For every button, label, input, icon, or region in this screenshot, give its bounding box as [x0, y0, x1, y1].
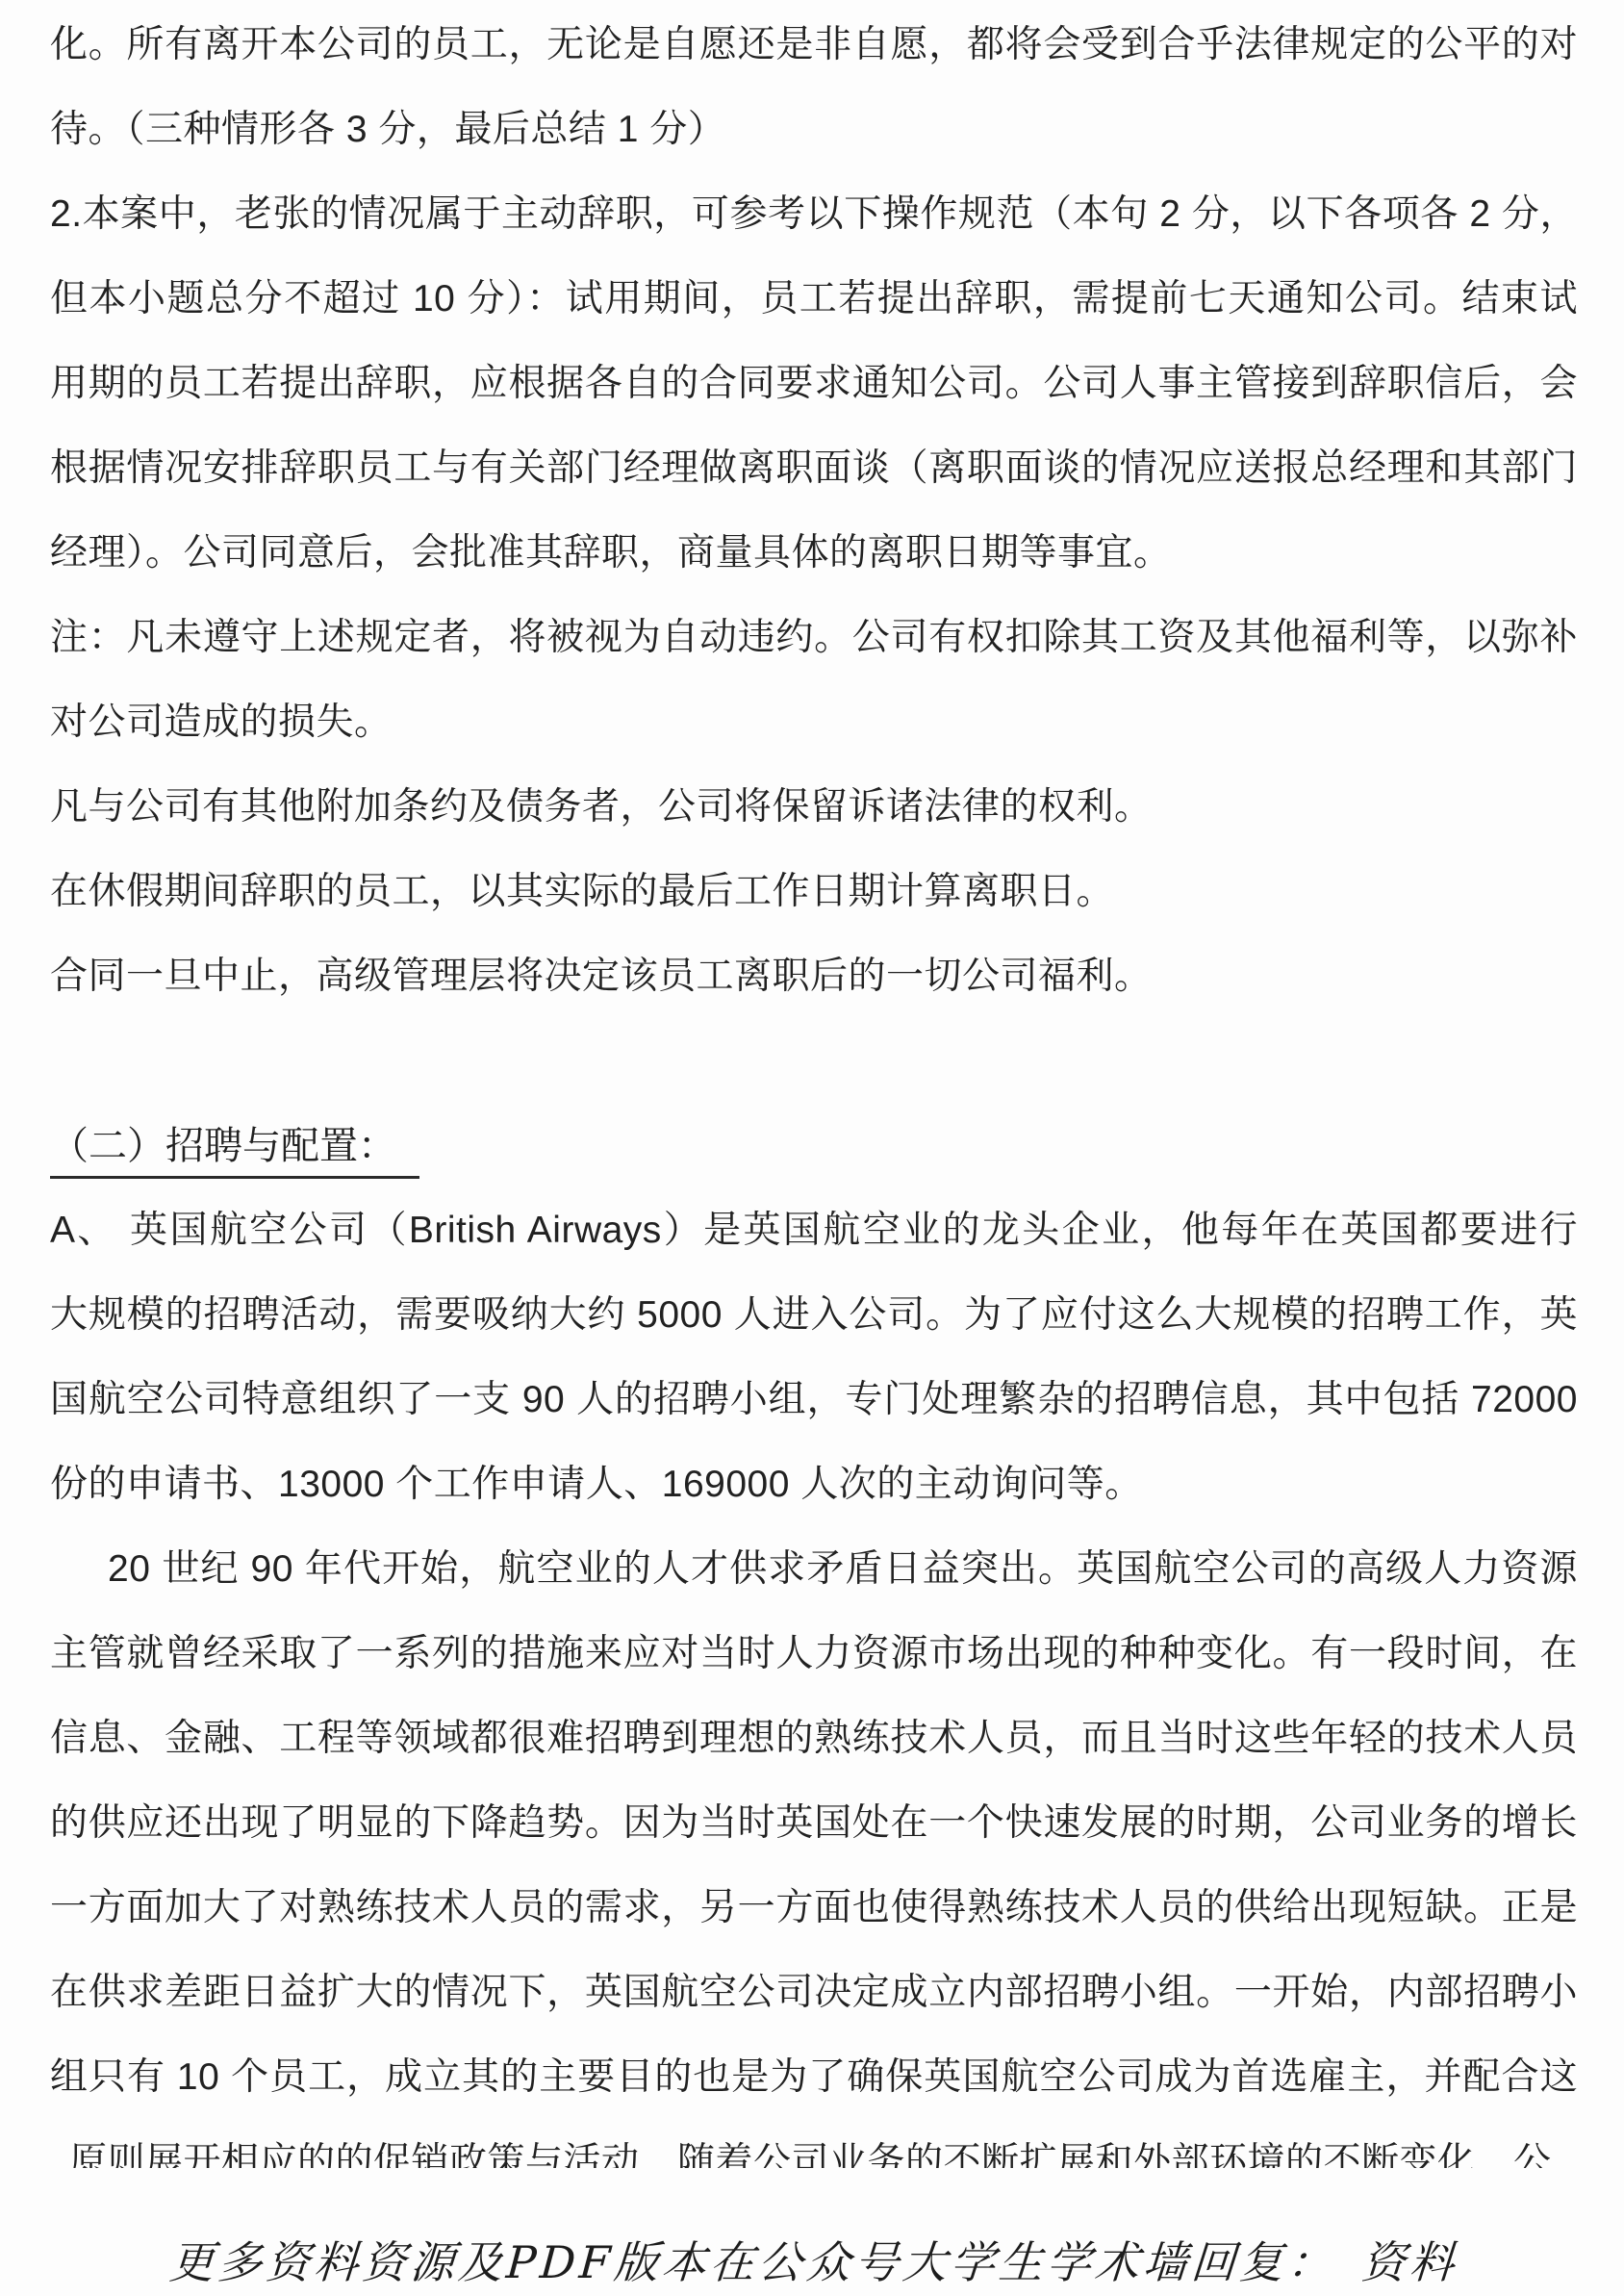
text-line: 组只有 10 个员工，成立其的主要目的也是为了确保英国航空公司成为首选雇主，并配…: [50, 2035, 1578, 2120]
text-line: 2.本案中，老张的情况属于主动辞职，可参考以下操作规范（本句 2 分，以下各项各…: [50, 172, 1578, 257]
text-line: 对公司造成的损失。: [50, 680, 1578, 765]
document-page: 化。所有离开本公司的员工，无论是自愿还是非自愿，都将会受到合乎法律规定的公平的对…: [0, 0, 1624, 2296]
text-line: 大规模的招聘活动，需要吸纳大约 5000 人进入公司。为了应付这么大规模的招聘工…: [50, 1273, 1578, 1358]
text-line: 根据情况安排辞职员工与有关部门经理做离职面谈（离职面谈的情况应送报总经理和其部门: [50, 426, 1578, 511]
section-heading: （二）招聘与配置：: [50, 1104, 1578, 1188]
clipped-line-container: 原则展开相应的的促销政策与活动，随着公司业务的不断扩展和外部环境的不断变化，公: [50, 2120, 1578, 2168]
text-line: 在供求差距日益扩大的情况下，英国航空公司决定成立内部招聘小组。一开始，内部招聘小: [50, 1951, 1578, 2035]
text-line: 经理）。公司同意后，会批准其辞职，商量具体的离职日期等事宜。: [50, 511, 1578, 596]
text-line: 用期的员工若提出辞职，应根据各自的合同要求通知公司。公司人事主管接到辞职信后，会: [50, 342, 1578, 426]
text-line: 的供应还出现了明显的下降趋势。因为当时英国处在一个快速发展的时期，公司业务的增长: [50, 1781, 1578, 1866]
text-line: 份的申请书、13000 个工作申请人、169000 人次的主动询问等。: [50, 1442, 1578, 1527]
clipped-text-line: 原则展开相应的的促销政策与活动，随着公司业务的不断扩展和外部环境的不断变化，公: [50, 2120, 1578, 2168]
text-line: 20 世纪 90 年代开始，航空业的人才供求矛盾日益突出。英国航空公司的高级人力…: [50, 1527, 1578, 1612]
watermark-text: 更多资料资源及PDF版本在公众号大学生学术墙回复： 资料: [168, 2236, 1460, 2288]
text-line: 注：凡未遵守上述规定者，将被视为自动违约。公司有权扣除其工资及其他福利等，以弥补: [50, 596, 1578, 680]
text-line: 国航空公司特意组织了一支 90 人的招聘小组，专门处理繁杂的招聘信息，其中包括 …: [50, 1358, 1578, 1442]
text-line: 主管就曾经采取了一系列的措施来应对当时人力资源市场出现的种种变化。有一段时间，在: [50, 1612, 1578, 1696]
text-line: 凡与公司有其他附加条约及债务者，公司将保留诉诸法律的权利。: [50, 765, 1578, 850]
text-line: 信息、金融、工程等领域都很难招聘到理想的熟练技术人员，而且当时这些年轻的技术人员: [50, 1696, 1578, 1781]
text-line: 一方面加大了对熟练技术人员的需求，另一方面也使得熟练技术人员的供给出现短缺。正是: [50, 1866, 1578, 1951]
text-line: 合同一旦中止，高级管理层将决定该员工离职后的一切公司福利。: [50, 934, 1578, 1019]
text-line: 但本小题总分不超过 10 分）：试用期间，员工若提出辞职，需提前七天通知公司。结…: [50, 257, 1578, 342]
watermark-footer: 更多资料资源及PDF版本在公众号大学生学术墙回复： 资料: [48, 2228, 1581, 2291]
section-heading-text: （二）招聘与配置：: [50, 1121, 419, 1179]
text-line: 化。所有离开本公司的员工，无论是自愿还是非自愿，都将会受到合乎法律规定的公平的对: [50, 3, 1578, 88]
text-line: A、 英国航空公司（British Airways）是英国航空业的龙头企业，他每…: [50, 1188, 1578, 1273]
text-line: 在休假期间辞职的员工，以其实际的最后工作日期计算离职日。: [50, 850, 1578, 934]
text-line: 待。（三种情形各 3 分，最后总结 1 分）: [50, 88, 1578, 172]
